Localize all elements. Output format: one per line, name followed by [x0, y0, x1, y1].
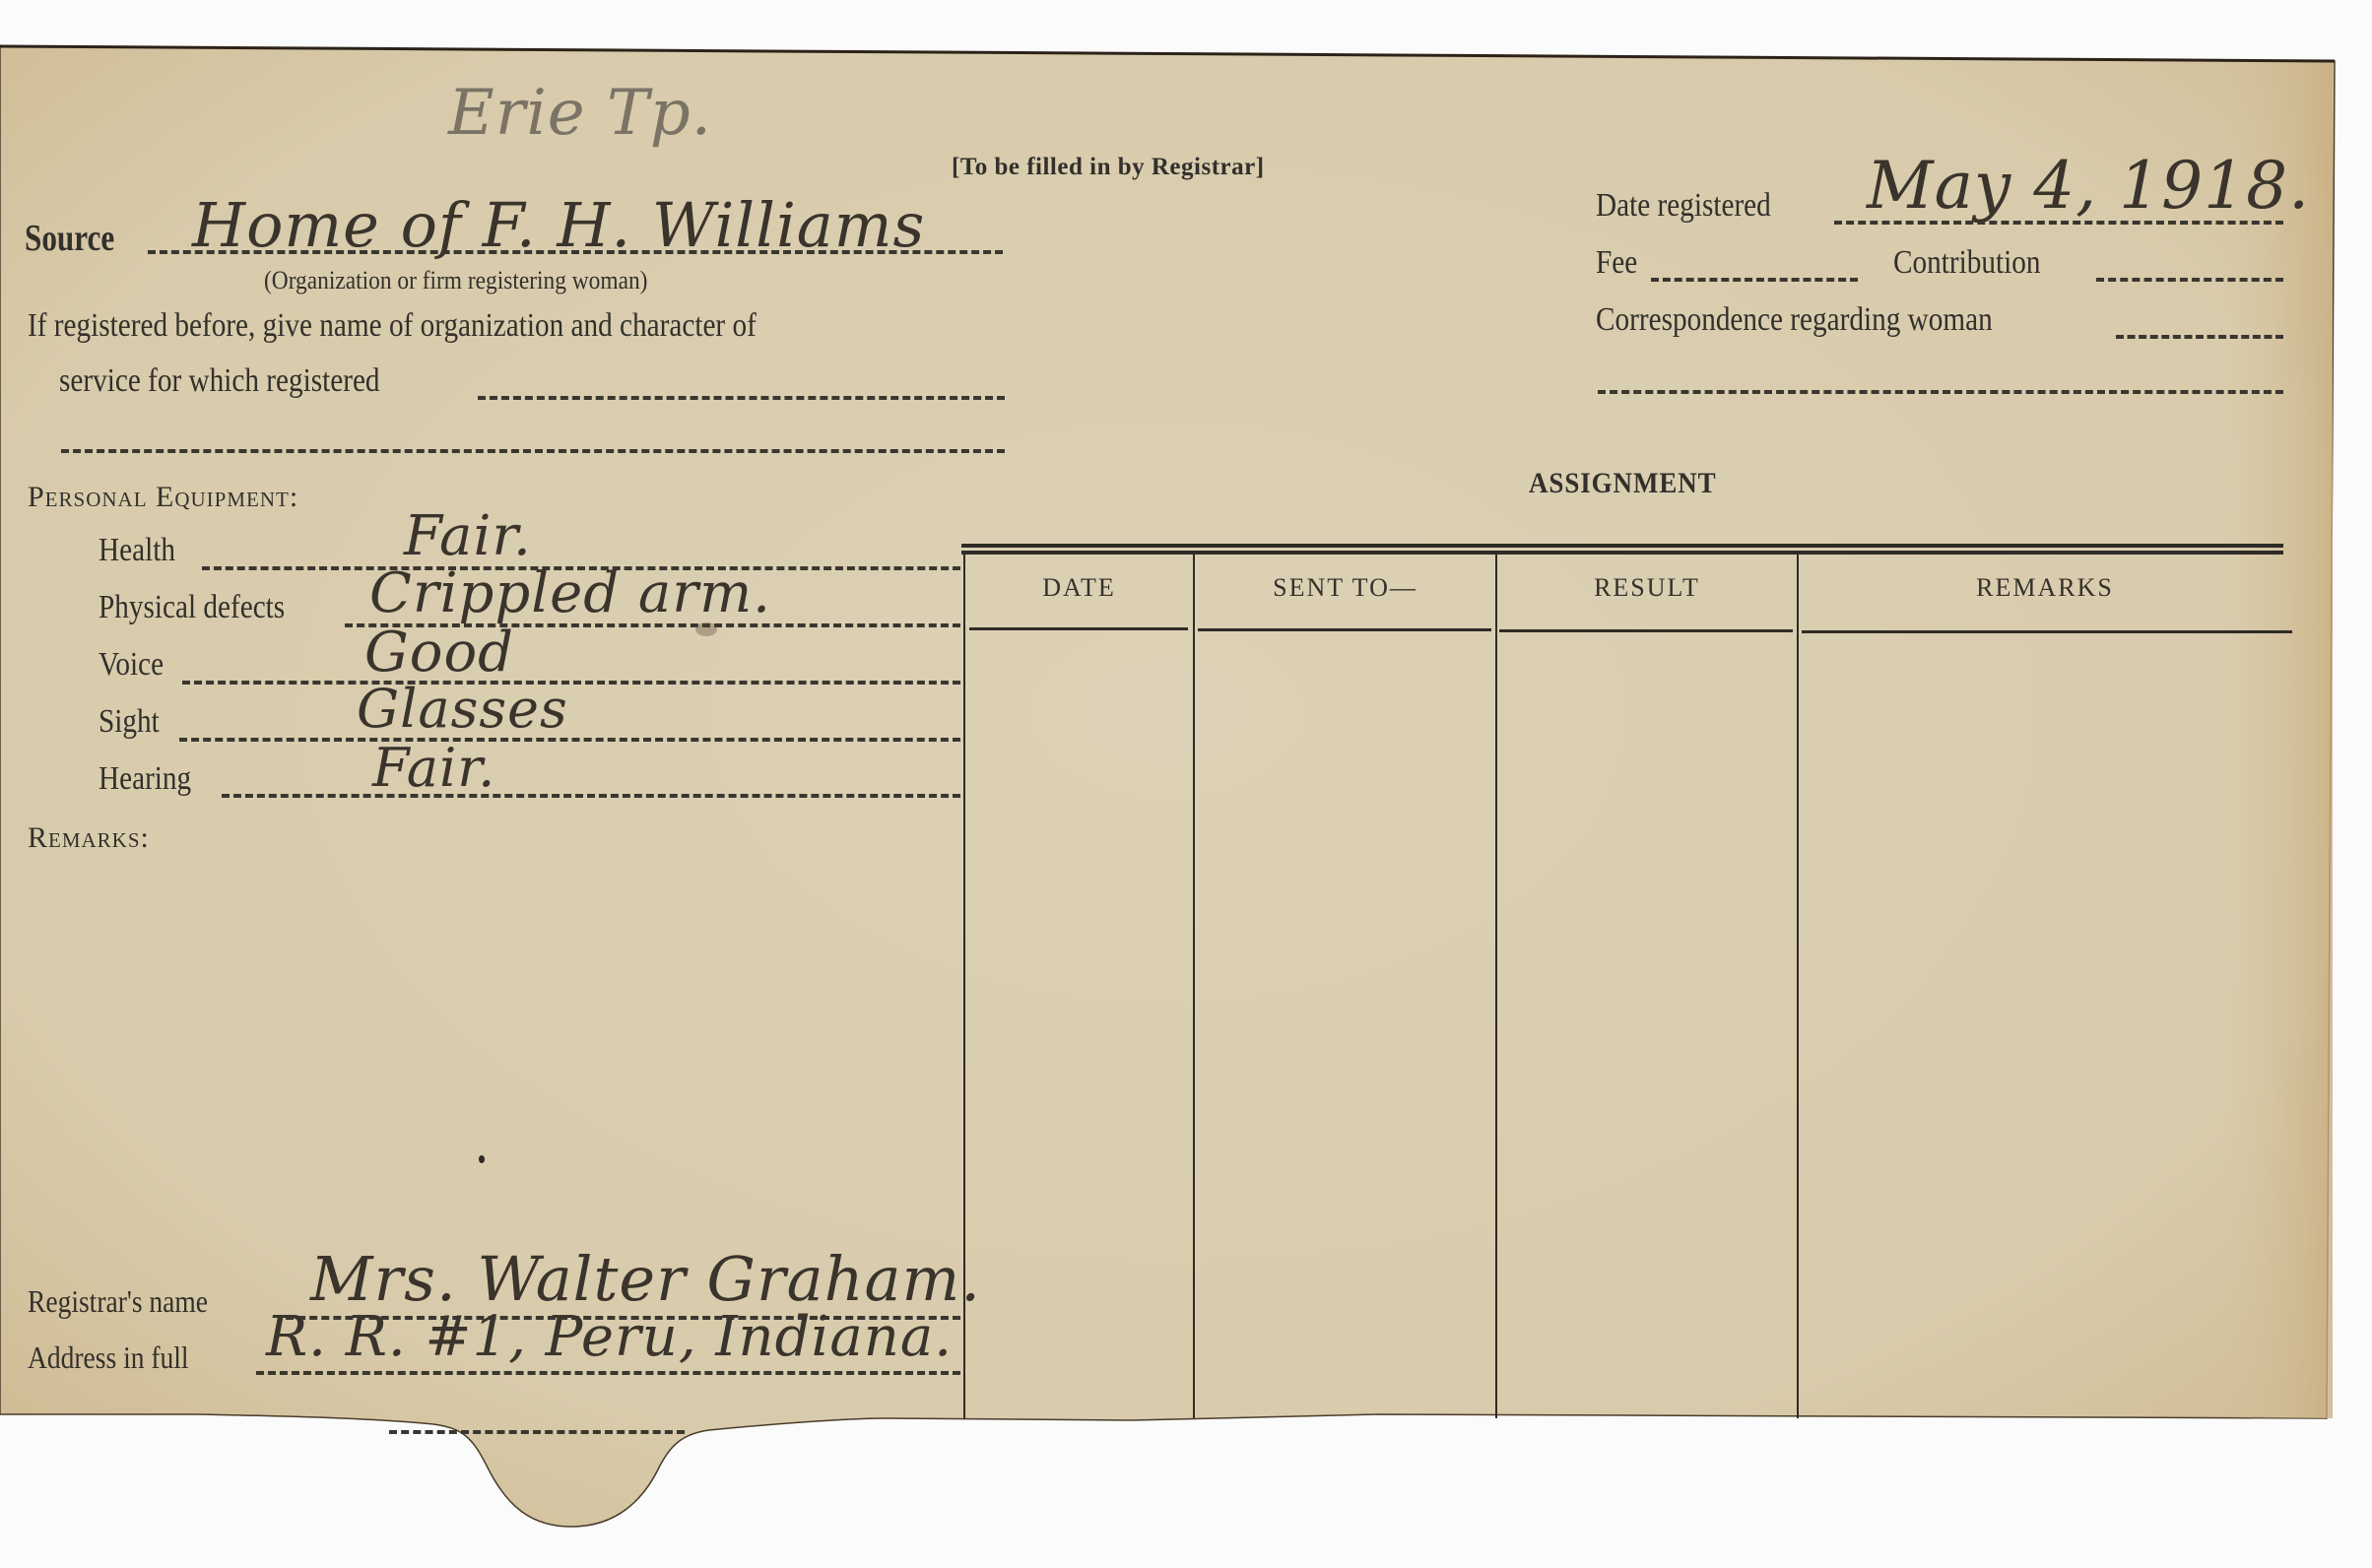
- column-header-sent-to: SENT TO—: [1195, 573, 1495, 603]
- address-field[interactable]: R. R. #1, Peru, Indiana.: [266, 1305, 953, 1369]
- address-label: Address in full: [28, 1339, 189, 1376]
- registration-card: Erie Tp. [To be filled in by Registrar] …: [0, 0, 2372, 1568]
- voice-field[interactable]: Good: [364, 621, 514, 685]
- remarks-column-cells[interactable]: [1799, 635, 2291, 1413]
- correspondence-line: [2116, 335, 2283, 339]
- sent-to-column-cells[interactable]: [1195, 635, 1495, 1413]
- correspondence-field[interactable]: [1598, 390, 2283, 394]
- sight-field[interactable]: Glasses: [357, 678, 568, 740]
- header-rule-sent: [1198, 628, 1491, 631]
- physical-defects-field[interactable]: Crippled arm.: [369, 561, 771, 625]
- stain-spot: [695, 622, 717, 636]
- table-top-rule: [961, 544, 2283, 548]
- header-rule-date: [969, 627, 1188, 630]
- source-field[interactable]: Home of F. H. Williams: [192, 189, 925, 261]
- assignment-title: ASSIGNMENT: [1529, 467, 1717, 500]
- source-caption: (Organization or firm registering woman): [264, 266, 647, 295]
- voice-line: [182, 681, 960, 685]
- voice-label: Voice: [99, 646, 164, 684]
- column-header-date: DATE: [965, 573, 1193, 603]
- source-label: Source: [25, 217, 114, 260]
- health-label: Health: [99, 532, 175, 569]
- hearing-field[interactable]: Fair.: [372, 737, 495, 799]
- annotation-erie-tp: Erie Tp.: [448, 77, 712, 150]
- result-column-cells[interactable]: [1497, 635, 1797, 1413]
- registrar-name-label: Registrar's name: [28, 1283, 208, 1320]
- physical-defects-label: Physical defects: [99, 589, 285, 626]
- registered-before-field-2[interactable]: [61, 449, 1005, 453]
- address-line: [256, 1371, 960, 1375]
- registered-before-text: If registered before, give name of organ…: [28, 307, 757, 345]
- tab-line: [389, 1430, 685, 1434]
- column-header-result: RESULT: [1497, 573, 1797, 603]
- date-registered-field[interactable]: May 4, 1918.: [1867, 148, 2310, 224]
- hearing-line: [222, 794, 960, 798]
- ink-speck: [479, 1155, 485, 1163]
- contribution-label: Contribution: [1893, 244, 2040, 282]
- health-field[interactable]: Fair.: [404, 504, 532, 568]
- column-header-remarks: REMARKS: [1799, 573, 2291, 603]
- sight-line: [179, 738, 960, 742]
- personal-equipment-heading: Personal Equipment:: [28, 481, 298, 514]
- header-rule-remarks: [1802, 630, 2292, 633]
- registered-before-field[interactable]: [478, 396, 1005, 400]
- remarks-field[interactable]: [28, 867, 954, 1241]
- registrar-note: [To be filled in by Registrar]: [952, 154, 1265, 181]
- fee-label: Fee: [1596, 244, 1637, 282]
- hearing-label: Hearing: [99, 760, 191, 798]
- table-top-rule-2: [961, 551, 2283, 555]
- registered-before-text-2: service for which registered: [59, 362, 380, 400]
- remarks-heading: Remarks:: [28, 821, 150, 855]
- correspondence-label: Correspondence regarding woman: [1596, 301, 1993, 339]
- date-column-cells[interactable]: [965, 635, 1193, 1413]
- sight-label: Sight: [99, 703, 160, 741]
- fee-field[interactable]: [1651, 278, 1858, 282]
- date-registered-label: Date registered: [1596, 187, 1771, 225]
- contribution-field[interactable]: [2096, 278, 2283, 282]
- header-rule-result: [1499, 629, 1793, 632]
